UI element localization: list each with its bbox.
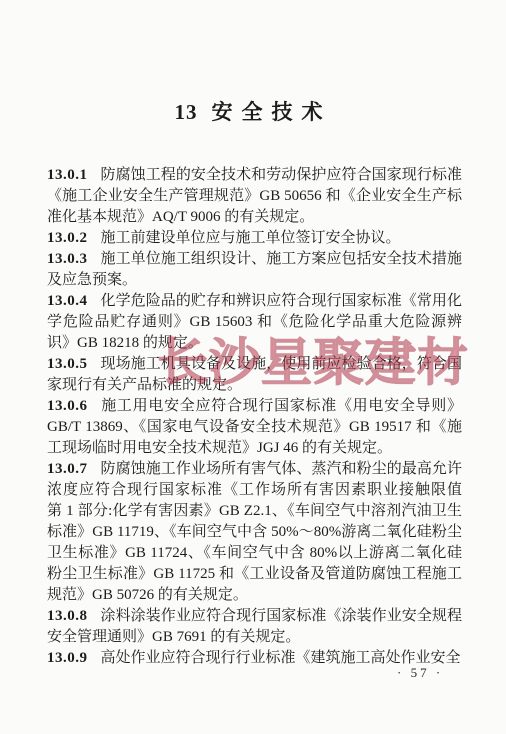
clause-number: 13.0.9: [47, 650, 101, 666]
clause-number: 13.0.2: [47, 230, 101, 246]
clause-text: 化学危险品的贮存和辨识应符合现行国家标准《常用化学危险品贮存通则》GB 1560…: [47, 293, 462, 351]
clause-number: 13.0.5: [47, 356, 101, 372]
clause-text: 高处作业应符合现行行业标准《建筑施工高处作业安全: [101, 650, 461, 666]
document-page: 13安全技术 13.0.1防腐蚀工程的安全技术和劳动保护应符合国家现行标准《施工…: [0, 0, 506, 734]
clause-text: 施工用电安全应符合现行国家标准《用电安全导则》GB/T 13869、《国家电气设…: [47, 398, 462, 456]
clause: 13.0.4化学危险品的贮存和辨识应符合现行国家标准《常用化学危险品贮存通则》G…: [47, 291, 462, 354]
chapter-heading: 13安全技术: [0, 0, 506, 125]
clause-number: 13.0.7: [47, 461, 101, 477]
clause-number: 13.0.3: [47, 251, 101, 267]
clause-text: 防腐蚀施工作业场所有害气体、蒸汽和粉尘的最高允许浓度应符合现行国家标准《工作场所…: [47, 461, 477, 603]
clause-list: 13.0.1防腐蚀工程的安全技术和劳动保护应符合国家现行标准《施工企业安全生产管…: [47, 165, 462, 669]
chapter-title: 安全技术: [212, 100, 332, 124]
clause: 13.0.5现场施工机具设备及设施，使用前应检验合格，符合国家现行有关产品标准的…: [47, 354, 462, 396]
clause: 13.0.3施工单位施工组织设计、施工方案应包括安全技术措施及应急预案。: [47, 249, 462, 291]
clause-text: 现场施工机具设备及设施，使用前应检验合格，符合国家现行有关产品标准的规定。: [47, 356, 462, 393]
clause-number: 13.0.4: [47, 293, 101, 309]
clause: 13.0.7防腐蚀施工作业场所有害气体、蒸汽和粉尘的最高允许浓度应符合现行国家标…: [47, 459, 462, 606]
clause-number: 13.0.1: [47, 167, 101, 183]
chapter-number: 13: [175, 100, 198, 124]
clause: 13.0.6施工用电安全应符合现行国家标准《用电安全导则》GB/T 13869、…: [47, 396, 462, 459]
page-number: · 57 ·: [397, 665, 443, 681]
clause-number: 13.0.8: [47, 608, 101, 624]
clause-number: 13.0.6: [47, 398, 101, 414]
clause: 13.0.8涂料涂装作业应符合现行国家标准《涂装作业安全规程 安全管理通则》GB…: [47, 606, 462, 648]
clause-text: 涂料涂装作业应符合现行国家标准《涂装作业安全规程 安全管理通则》GB 7691 …: [47, 608, 477, 645]
clause: 13.0.1防腐蚀工程的安全技术和劳动保护应符合国家现行标准《施工企业安全生产管…: [47, 165, 462, 228]
clause-text: 施工单位施工组织设计、施工方案应包括安全技术措施及应急预案。: [47, 251, 462, 288]
clause: 13.0.2施工前建设单位应与施工单位签订安全协议。: [47, 228, 462, 249]
clause-text: 施工前建设单位应与施工单位签订安全协议。: [101, 230, 401, 246]
clause-text: 防腐蚀工程的安全技术和劳动保护应符合国家现行标准《施工企业安全生产管理规范》GB…: [47, 167, 462, 225]
